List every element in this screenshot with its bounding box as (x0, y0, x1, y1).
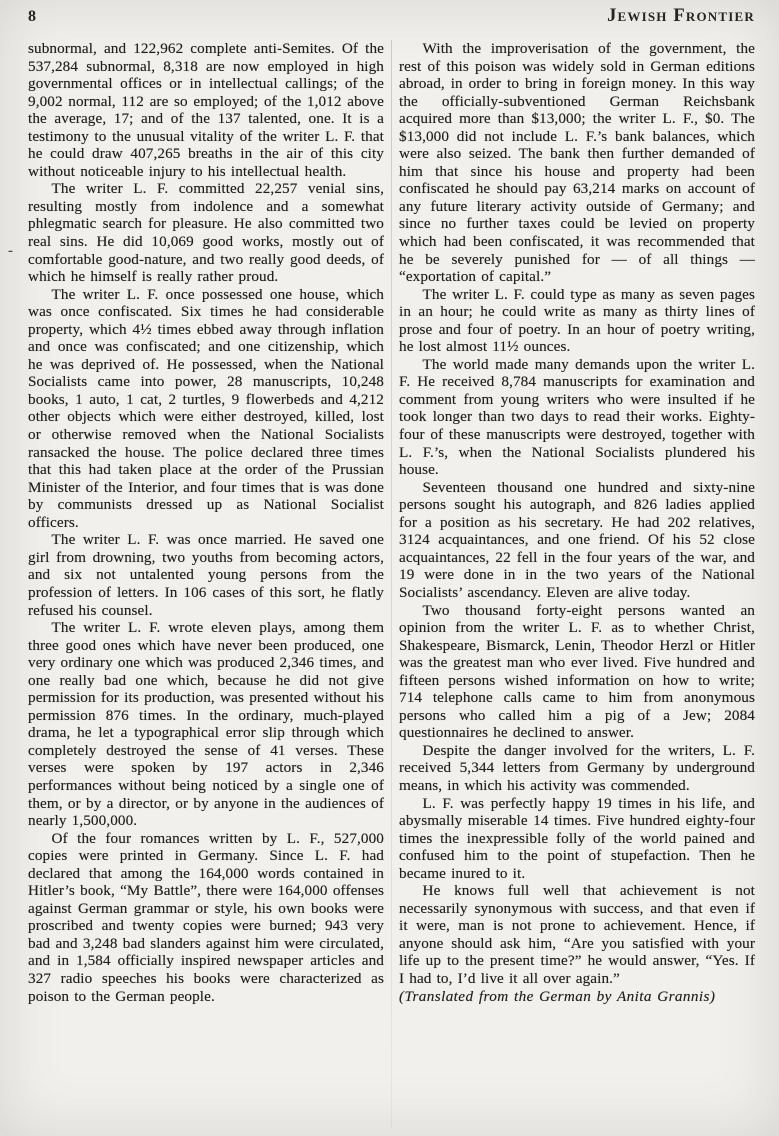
paragraph: subnormal, and 122,962 complete anti-Sem… (28, 40, 384, 180)
left-column: subnormal, and 122,962 complete anti-Sem… (28, 40, 384, 1128)
scan-artifact-mark: - (8, 243, 13, 260)
paragraph: L. F. was perfectly happy 19 times in hi… (399, 795, 755, 883)
paragraph: The writer L. F. wrote eleven plays, amo… (28, 619, 384, 830)
translator-credit: (Translated from the German by Anita Gra… (399, 988, 755, 1006)
paragraph: The world made many demands upon the wri… (399, 356, 755, 479)
paragraph: The writer L. F. once possessed one hous… (28, 286, 384, 532)
right-column: With the improverisation of the governme… (399, 40, 755, 1128)
paragraph: The writer L. F. was once married. He sa… (28, 531, 384, 619)
page-header: 8 Jewish Frontier (28, 6, 755, 27)
column-divider-rule (391, 40, 392, 1128)
page-number: 8 (28, 8, 36, 26)
paragraph: Two thousand forty-eight persons wanted … (399, 602, 755, 742)
article-body: subnormal, and 122,962 complete anti-Sem… (28, 40, 755, 1128)
paragraph: Despite the danger involved for the writ… (399, 742, 755, 795)
paragraph: He knows full well that achievement is n… (399, 882, 755, 987)
masthead-title: Jewish Frontier (607, 6, 755, 27)
paragraph: The writer L. F. committed 22,257 venial… (28, 180, 384, 285)
paragraph: Of the four romances written by L. F., 5… (28, 830, 384, 1005)
magazine-page: 8 Jewish Frontier - subnormal, and 122,9… (0, 0, 779, 1136)
paragraph: The writer L. F. could type as many as s… (399, 286, 755, 356)
paragraph: Seventeen thousand one hundred and sixty… (399, 479, 755, 602)
paragraph: With the improverisation of the governme… (399, 40, 755, 286)
